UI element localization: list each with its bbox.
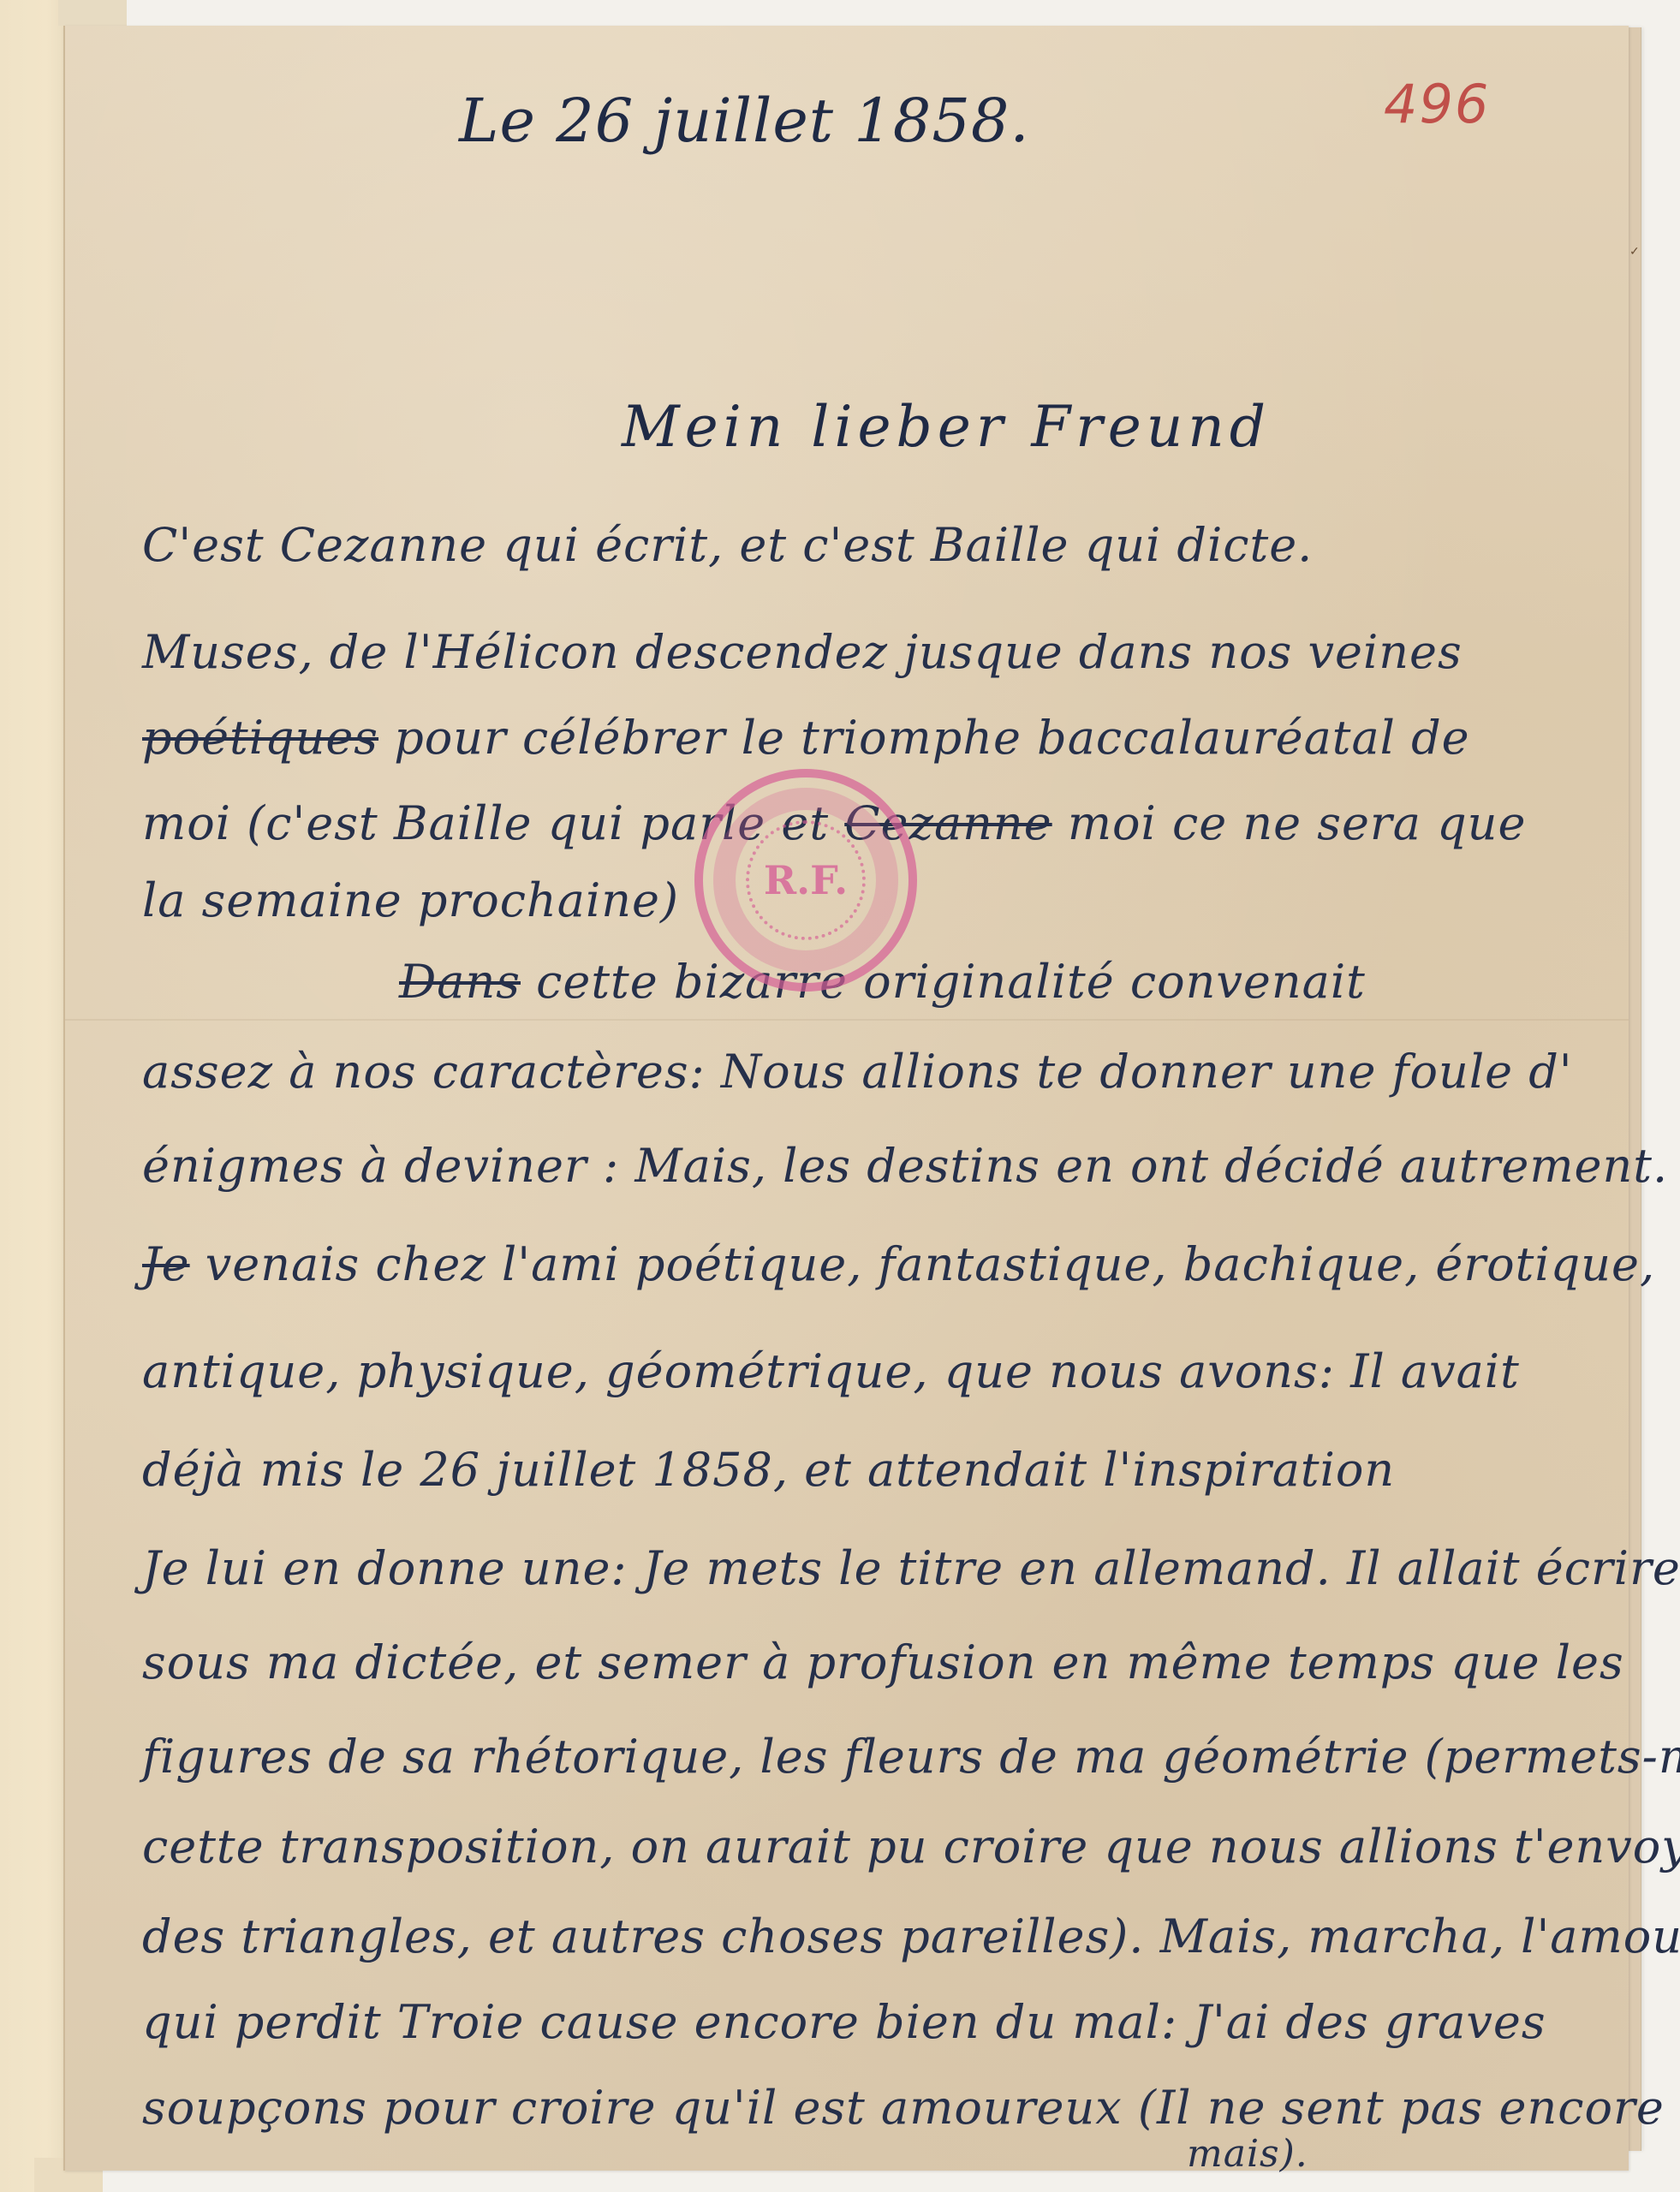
letter-line-8: énigmes à deviner : Mais, les destins en…	[142, 1139, 1668, 1193]
letter-line-13: sous ma dictée, et semer à profusion en …	[142, 1635, 1624, 1689]
letter-page: 496 Le 26 juillet 1858. Mein lieber Freu…	[63, 26, 1629, 2171]
letter-line-1: C'est Cezanne qui écrit, et c'est Baille…	[142, 518, 1313, 572]
letter-line-6: Dans cette bizarre originalité convenait	[399, 955, 1366, 1009]
letter-line-11: déjà mis le 26 juillet 1858, et attendai…	[142, 1443, 1395, 1497]
letter-line-2: Muses, de l'Hélicon descendez jusque dan…	[142, 625, 1463, 679]
letter-line-19: mais).	[1187, 2132, 1308, 2176]
letter-line-15: cette transposition, on aurait pu croire…	[142, 1820, 1680, 1873]
library-stamp: R.F.	[694, 769, 917, 992]
struck-word: Dans	[399, 955, 521, 1009]
letter-line-17: qui perdit Troie cause encore bien du ma…	[142, 1995, 1546, 2049]
letter-salutation: Mein lieber Freund	[622, 394, 1271, 460]
letter-line-5: la semaine prochaine)	[142, 873, 679, 927]
letter-line-3: poétiques pour célébrer le triomphe bacc…	[142, 711, 1470, 765]
letter-date: Le 26 juillet 1858.	[459, 86, 1030, 156]
mount-tab-top	[58, 0, 127, 26]
fold-crease	[65, 1019, 1629, 1021]
letter-line-14: figures de sa rhétorique, les fleurs de …	[142, 1730, 1680, 1784]
struck-word: Je	[142, 1237, 190, 1291]
folio-number: 496	[1384, 73, 1490, 135]
letter-line-10: antique, physique, géométrique, que nous…	[142, 1344, 1520, 1398]
struck-word: poétiques	[142, 711, 378, 765]
stamp-center: R.F.	[746, 820, 866, 940]
letter-line-12: Je lui en donne une: Je mets le titre en…	[142, 1541, 1680, 1595]
letter-line-9: Je venais chez l'ami poétique, fantastiq…	[142, 1237, 1655, 1291]
letter-line-16: des triangles, et autres choses pareille…	[142, 1909, 1680, 1963]
mount-backing-sheet	[0, 0, 67, 2192]
pencil-mark: ✓	[1629, 247, 1638, 257]
stamp-rf-text: R.F.	[764, 857, 848, 903]
letter-line-18: soupçons pour croire qu'il est amoureux …	[142, 2081, 1665, 2135]
letter-line-7: assez à nos caractères: Nous allions te …	[142, 1045, 1573, 1099]
